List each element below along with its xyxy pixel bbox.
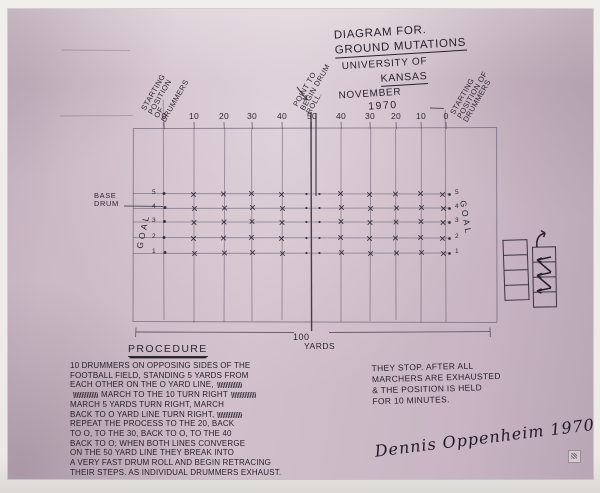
row-number: 2 <box>455 233 459 240</box>
procedure-text: BACK TO O; WHEN BOTH LINES CONVERGE <box>70 439 245 448</box>
procedure-line: ON THE 50 YARD LINE THEY BREAK INTO <box>70 448 338 458</box>
scratched-out-word <box>217 412 242 418</box>
procedure-heading: PROCEDURE <box>128 343 208 357</box>
text-line: YARDS <box>304 342 335 351</box>
procedure-line: MARCH 5 YARDS TURN RIGHT, MARCH <box>70 400 338 410</box>
scratched-out-word <box>73 392 98 398</box>
yard-number: 0 <box>161 111 166 121</box>
yard-number: 0 <box>443 111 448 121</box>
yard-number: 40 <box>336 111 346 121</box>
photographed-drawing: DIAGRAM FOR.GROUND MUTATIONSUNIVERSITY O… <box>0 0 600 493</box>
row-number: 1 <box>455 248 459 255</box>
text-line: DRUM <box>94 200 119 208</box>
procedure-line: FOOTBALL FIELD, STANDING 5 YARDS FROM <box>70 371 338 381</box>
yard-number: 50 <box>307 111 317 121</box>
procedure-line: BACK TO O YARD LINE TURN RIGHT, <box>70 410 338 420</box>
label-base-drum: BASEDRUM <box>94 192 119 207</box>
row-number: 3 <box>152 217 156 224</box>
row-number: 3 <box>455 217 459 224</box>
procedure-text: MARCH TO THE 10 TURN RIGHT <box>101 390 228 399</box>
label-100-yards: 100YARDS <box>293 333 335 351</box>
procedure-line: EACH OTHER ON THE O YARD LINE, <box>70 380 338 390</box>
row-number: 1 <box>152 248 156 255</box>
yard-number: 30 <box>365 111 375 121</box>
procedure-text: TO O, TO THE 30, BACK TO O, TO THE 40 <box>70 429 232 438</box>
scratched-out-word <box>217 382 242 388</box>
procedure-line: TO O, TO THE 30, BACK TO O, TO THE 40 <box>70 429 338 439</box>
scratched-out-word <box>231 392 256 398</box>
yard-grid-and-drummer-marks <box>133 100 451 323</box>
procedure-line: MARCH TO THE 10 TURN RIGHT <box>70 390 338 400</box>
yard-number: 40 <box>277 111 287 121</box>
fifty-yard-line <box>311 112 316 331</box>
procedure-text: ON THE 50 YARD LINE THEY BREAK INTO <box>70 448 234 457</box>
procedure-line: THEIR STEPS. AS INDIVIDUAL DRUMMERS EXHA… <box>70 468 338 478</box>
procedure-text: THEIR STEPS. AS INDIVIDUAL DRUMMERS EXHA… <box>70 468 281 477</box>
procedure-text: A VERY FAST DRUM ROLL AND BEGIN RETRACIN… <box>70 458 271 467</box>
note-they-stop: THEY STOP. AFTER ALLMARCHERS ARE EXHAUST… <box>371 359 542 407</box>
procedure-text: FOOTBALL FIELD, STANDING 5 YARDS FROM <box>70 371 249 380</box>
procedure-line: BACK TO O; WHEN BOTH LINES CONVERGE <box>70 439 338 449</box>
row-number: 5 <box>152 189 156 196</box>
procedure-paragraph: 10 DRUMMERS ON OPPOSING SIDES OF THEFOOT… <box>70 361 338 477</box>
procedure-text: EACH OTHER ON THE O YARD LINE, <box>70 380 214 389</box>
procedure-text: REPEAT THE PROCESS TO THE 20, BACK <box>70 419 234 428</box>
yard-number: 20 <box>391 111 401 121</box>
yard-number: 20 <box>219 111 229 121</box>
procedure-text: BACK TO O YARD LINE TURN RIGHT, <box>70 410 214 419</box>
yard-number: 10 <box>416 111 426 121</box>
row-number: 2 <box>152 233 156 240</box>
yard-number: 30 <box>247 111 257 121</box>
yard-number: 10 <box>189 111 199 121</box>
procedure-line: 10 DRUMMERS ON OPPOSING SIDES OF THE <box>70 361 338 371</box>
procedure-line: REPEAT THE PROCESS TO THE 20, BACK <box>70 419 338 429</box>
procedure-text: MARCH 5 YARDS TURN RIGHT, MARCH <box>70 400 224 409</box>
drum-stack-sketch <box>503 231 557 308</box>
corner-stamp <box>569 451 580 462</box>
text-line: KANSAS <box>380 70 428 87</box>
procedure-text: 10 DRUMMERS ON OPPOSING SIDES OF THE <box>70 361 250 370</box>
procedure-line: A VERY FAST DRUM ROLL AND BEGIN RETRACIN… <box>70 458 338 468</box>
